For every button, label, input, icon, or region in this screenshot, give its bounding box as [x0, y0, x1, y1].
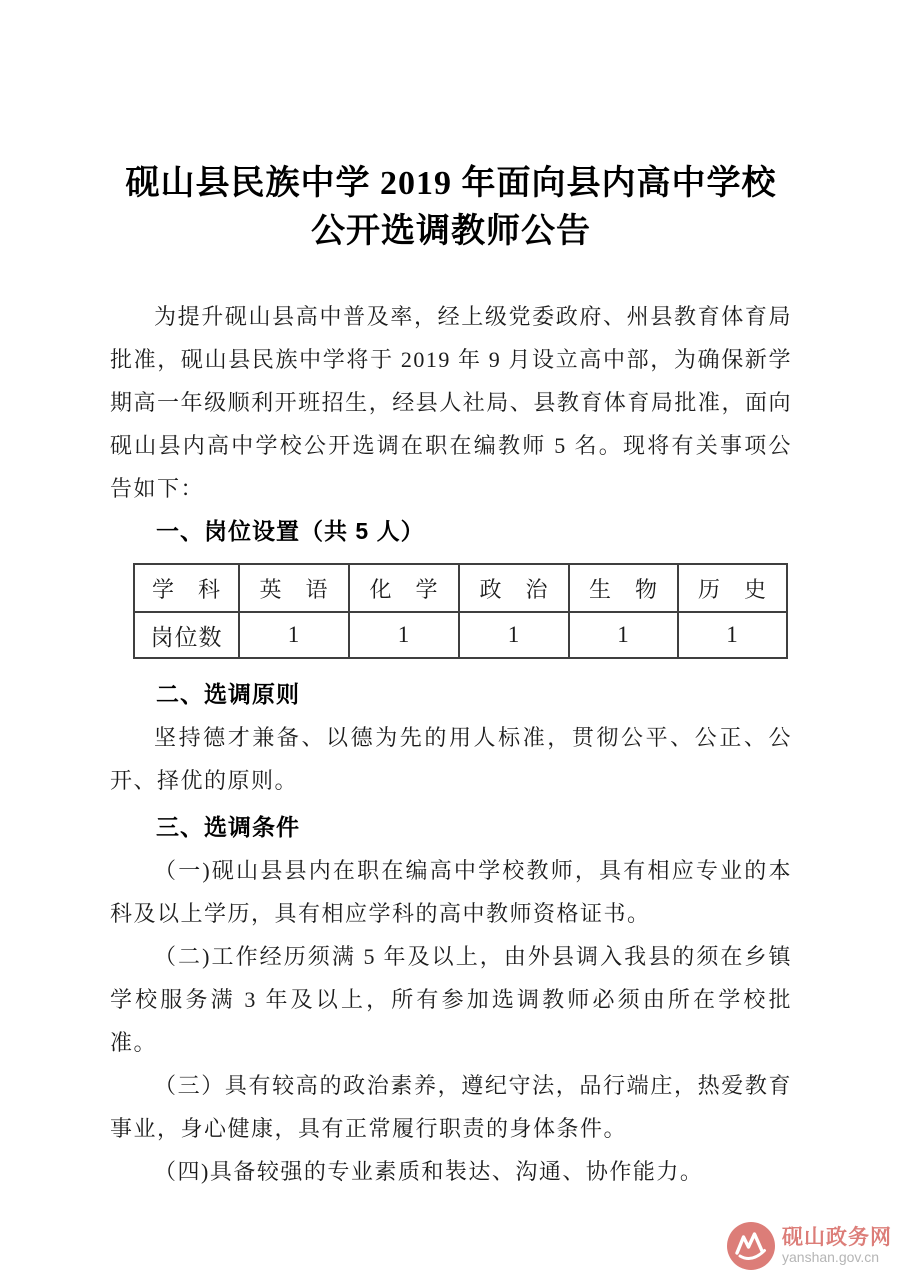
- intro-paragraph: 为提升砚山县高中普及率，经上级党委政府、州县教育体育局批准，砚山县民族中学将于 …: [110, 295, 792, 510]
- principles-paragraph: 坚持德才兼备、以德为先的用人标准，贯彻公平、公正、公开、择优的原则。: [110, 716, 792, 802]
- table-cell-english: 英 语: [239, 564, 349, 612]
- table-cell-count-label: 岗位数: [134, 612, 239, 658]
- table-cell-count-politics: 1: [459, 612, 569, 658]
- document-title-line1: 砚山县民族中学 2019 年面向县内高中学校: [110, 160, 792, 208]
- yanshan-gov-watermark: 砚山政务网 yanshan.gov.cn: [727, 1222, 892, 1270]
- table-cell-count-english: 1: [239, 612, 349, 658]
- watermark-site-domain: yanshan.gov.cn: [782, 1249, 892, 1265]
- document-title: 砚山县民族中学 2019 年面向县内高中学校 公开选调教师公告: [110, 160, 792, 256]
- table-cell-count-chemistry: 1: [349, 612, 459, 658]
- watermark-site-name: 砚山政务网: [782, 1227, 892, 1249]
- condition-item-2: （二)工作经历须满 5 年及以上，由外县调入我县的须在乡镇学校服务满 3 年及以…: [110, 935, 792, 1064]
- document-page: 砚山县民族中学 2019 年面向县内高中学校 公开选调教师公告 为提升砚山县高中…: [0, 0, 900, 1273]
- positions-table-header-row: 学 科 英 语 化 学 政 治 生 物 历 史: [134, 564, 787, 612]
- page-number: 1: [0, 1155, 900, 1175]
- section-heading-conditions: 三、选调条件: [110, 806, 792, 849]
- document-title-line2: 公开选调教师公告: [110, 208, 792, 256]
- yanshan-gov-watermark-text: 砚山政务网 yanshan.gov.cn: [782, 1227, 892, 1265]
- positions-table: 学 科 英 语 化 学 政 治 生 物 历 史 岗位数 1 1 1 1 1: [133, 563, 788, 659]
- table-cell-history: 历 史: [678, 564, 787, 612]
- section-heading-positions: 一、岗位设置（共 5 人）: [110, 510, 792, 553]
- positions-table-count-row: 岗位数 1 1 1 1 1: [134, 612, 787, 658]
- yanshan-gov-logo-icon: [727, 1222, 775, 1270]
- table-cell-count-history: 1: [678, 612, 787, 658]
- table-cell-count-biology: 1: [569, 612, 678, 658]
- table-cell-biology: 生 物: [569, 564, 678, 612]
- condition-item-1: （一)砚山县县内在职在编高中学校教师，具有相应专业的本科及以上学历，具有相应学科…: [110, 849, 792, 935]
- table-cell-subject-label: 学 科: [134, 564, 239, 612]
- table-cell-politics: 政 治: [459, 564, 569, 612]
- section-heading-principles: 二、选调原则: [110, 673, 792, 716]
- announcement-body: 砚山县民族中学 2019 年面向县内高中学校 公开选调教师公告 为提升砚山县高中…: [0, 160, 900, 1193]
- table-cell-chemistry: 化 学: [349, 564, 459, 612]
- condition-item-3: （三）具有较高的政治素养，遵纪守法，品行端庄，热爱教育事业，身心健康，具有正常履…: [110, 1064, 792, 1150]
